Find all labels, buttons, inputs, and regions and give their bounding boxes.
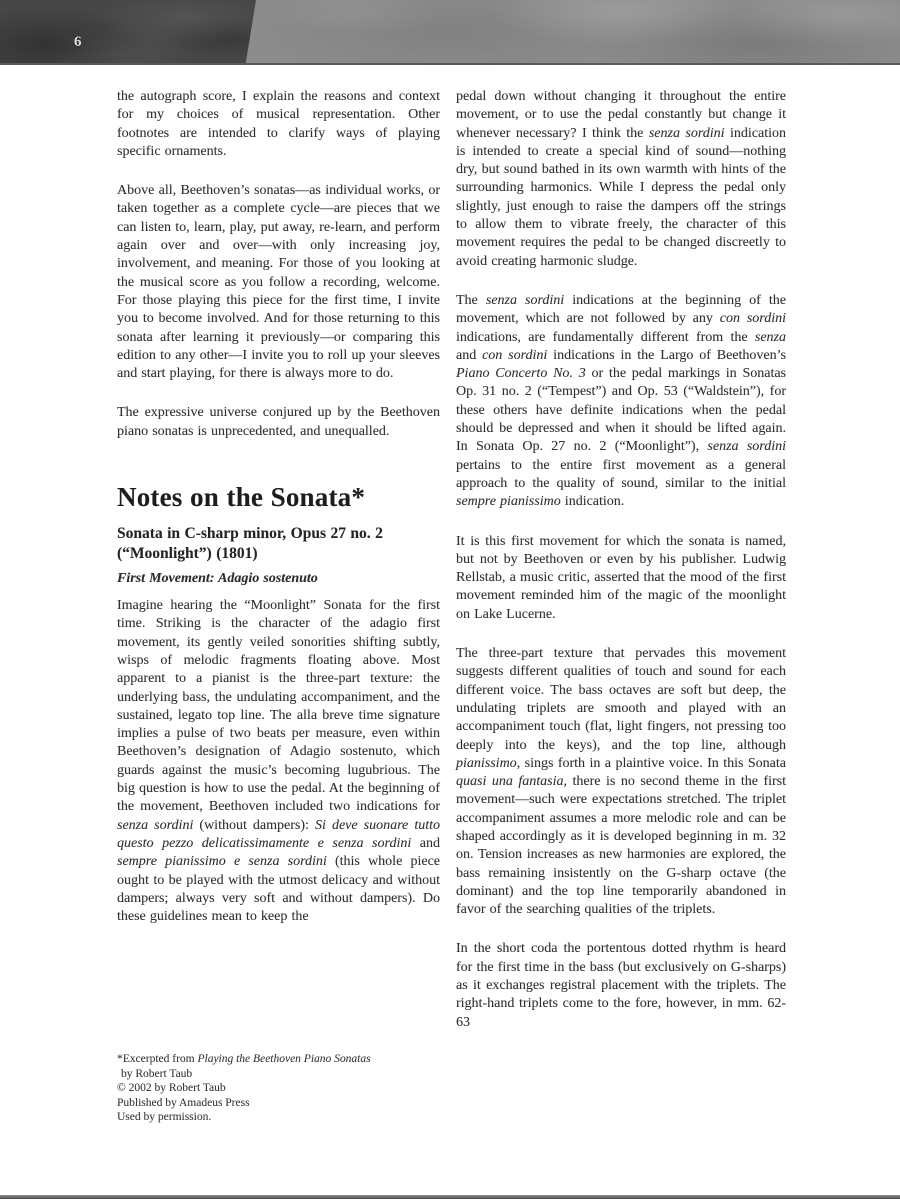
footnote-author-line: by Robert Taub [117, 1067, 447, 1082]
book-page: 6 the autograph score, I explain the rea… [0, 0, 900, 1200]
footnote-publisher-line: Published by Amadeus Press [117, 1096, 447, 1111]
footnote: *Excerpted from Playing the Beethoven Pi… [117, 1052, 447, 1125]
section-heading: Notes on the Sonata* [117, 482, 440, 512]
paragraph-expressive-universe: The expressive universe conjured up by t… [117, 404, 440, 441]
paragraph-three-part-texture: The three-part texture that pervades thi… [456, 645, 786, 919]
movement-heading: First Movement: Adagio sostenuto [117, 570, 440, 587]
page-header-band: 6 [0, 0, 900, 65]
paragraph-above-all: Above all, Beethoven’s sonatas—as indivi… [117, 182, 440, 383]
paragraph-imagine-hearing: Imagine hearing the “Moonlight” Sonata f… [117, 597, 440, 926]
left-column: the autograph score, I explain the reaso… [117, 88, 440, 947]
paragraph-pedal-down: pedal down without changing it throughou… [456, 88, 786, 271]
header-band-dark-section [0, 0, 256, 63]
paragraph-autograph-score: the autograph score, I explain the reaso… [117, 88, 440, 161]
paragraph-senza-sordini-indications: The senza sordini indications at the beg… [456, 292, 786, 512]
sonata-subtitle: Sonata in C-sharp minor, Opus 27 no. 2 (… [117, 524, 440, 563]
bottom-rule [0, 1195, 900, 1199]
right-column: pedal down without changing it throughou… [456, 88, 786, 1053]
paragraph-first-movement-named: It is this first movement for which the … [456, 533, 786, 624]
page-number: 6 [74, 34, 82, 51]
footnote-permission-line: Used by permission. [117, 1110, 447, 1125]
footnote-copyright-line: © 2002 by Robert Taub [117, 1081, 447, 1096]
footnote-source-line: *Excerpted from Playing the Beethoven Pi… [117, 1052, 447, 1067]
paragraph-short-coda: In the short coda the portentous dotted … [456, 940, 786, 1031]
